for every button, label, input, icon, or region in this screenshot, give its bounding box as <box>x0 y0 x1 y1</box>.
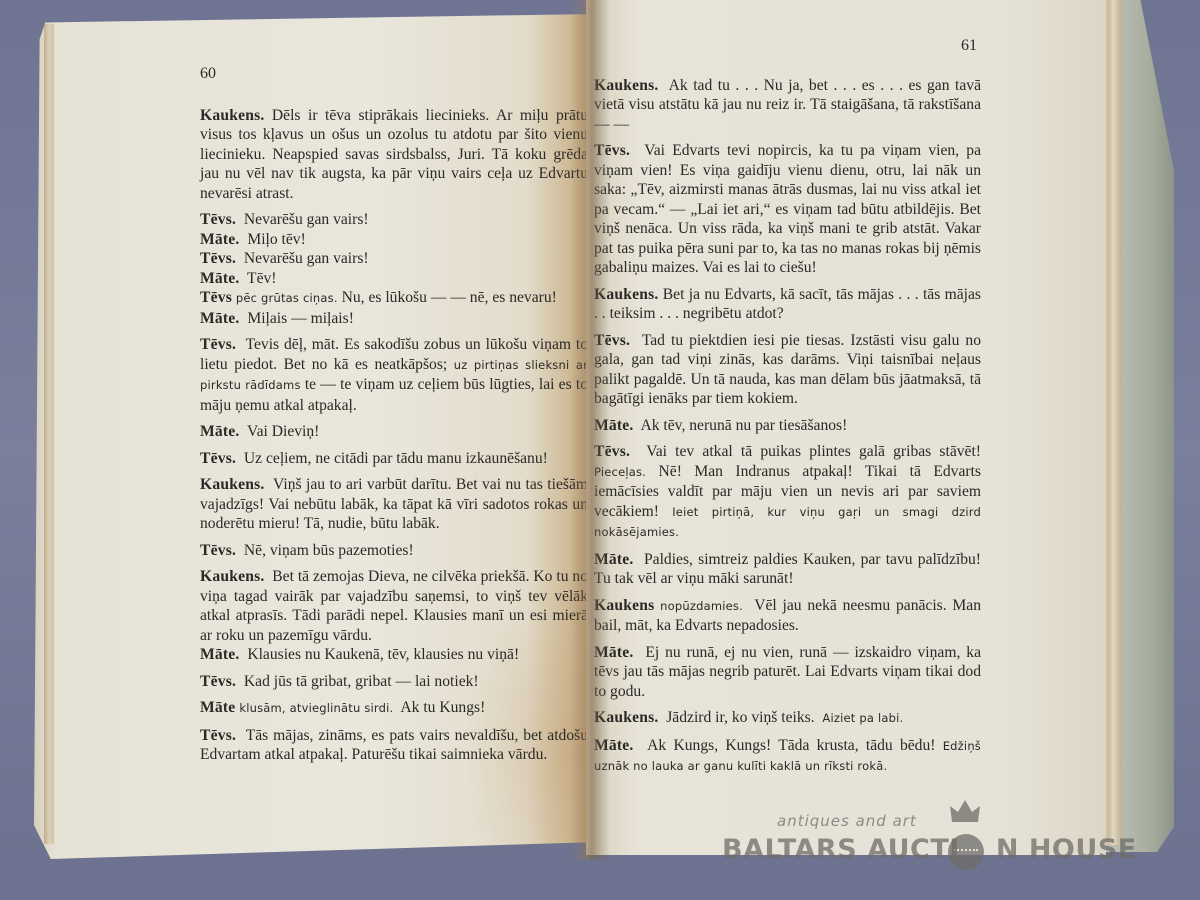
speech: Tēvs. Nē, viņam būs pazemoties! <box>200 541 588 561</box>
speech: Māte klusām, atvieglinātu sirdi. Ak tu K… <box>200 698 588 719</box>
speech: Māte. Ak Kungs, Kungs! Tāda krusta, tādu… <box>594 736 981 777</box>
speech-text: Ak Kungs, Kungs! Tāda krusta, tādu bēdu! <box>647 737 935 754</box>
speaker-name: Tēvs. <box>200 250 236 267</box>
speech: Māte. Ej nu runā, ej nu vien, runā — izs… <box>594 643 981 702</box>
stage-direction: Aiziet pa labi. <box>822 711 903 725</box>
speaker-name: Māte <box>200 699 235 716</box>
speech: Tēvs. Nevarēšu gan vairs! <box>200 249 588 269</box>
page-number: 60 <box>200 64 588 84</box>
watermark-name: BALTARS AUCTIN HOUSE <box>722 834 1137 865</box>
speech-text: Miļo tēv! <box>247 231 305 248</box>
speech: Tēvs. Uz ceļiem, ne citādi par tādu manu… <box>200 449 588 469</box>
right-page: 61 Kaukens. Ak tad tu . . . Nu ja, bet .… <box>586 0 1106 855</box>
speaker-name: Māte. <box>200 310 240 327</box>
speaker-name: Tēvs. <box>200 336 236 353</box>
speech: Kaukens. Jādzird ir, ko viņš teiks. Aizi… <box>594 708 981 729</box>
left-page-text: 60 Kaukens. Dēls ir tēva stiprākais liec… <box>200 64 588 765</box>
speaker-name: Tēvs. <box>200 727 236 744</box>
speech: Kaukens. Dēls ir tēva stiprākais liecini… <box>200 106 588 204</box>
speech: Kaukens nopūzdamies. Vēl jau nekā neesmu… <box>594 596 981 636</box>
speech-text: Kad jūs tā gribat, gribat — lai notiek! <box>244 673 479 690</box>
speech: Kaukens. Ak tad tu . . . Nu ja, bet . . … <box>594 76 981 135</box>
speech: Kaukens. Bet ja nu Edvarts, kā sacīt, tā… <box>594 285 981 324</box>
speech-text: Vai Dieviņ! <box>247 423 319 440</box>
speaker-name: Māte. <box>200 231 240 248</box>
speech-text: Klausies nu Kaukenā, tēv, klausies nu vi… <box>247 646 519 663</box>
speech-text: Miļais — miļais! <box>247 310 354 327</box>
speaker-name: Tēvs. <box>200 211 236 228</box>
speaker-name: Kaukens. <box>200 568 264 585</box>
speech-text: Tad tu piektdien iesi pie tiesas. Izstās… <box>594 332 981 408</box>
watermark-tagline: antiques and art <box>777 812 917 830</box>
speaker-name: Māte. <box>200 646 240 663</box>
speech-text: Nevarēšu gan vairs! <box>244 211 369 228</box>
speaker-name: Tēvs. <box>200 673 236 690</box>
speech-text: Tēv! <box>247 270 276 287</box>
speech: Māte. Vai Dieviņ! <box>200 422 588 442</box>
speech: Tēvs. Nevarēšu gan vairs! <box>200 210 588 230</box>
speech-text: Ak tu Kungs! <box>400 699 485 716</box>
speaker-name: Tēvs. <box>200 450 236 467</box>
speech-text: Paldies, simtreiz paldies Kauken, par ta… <box>594 551 981 588</box>
speech: Tēvs. Tad tu piektdien iesi pie tiesas. … <box>594 331 981 409</box>
speech-text: Tās mājas, zināms, es pats vairs nevaldī… <box>200 727 588 764</box>
speech-text: Nevarēšu gan vairs! <box>244 250 369 267</box>
left-page: 60 Kaukens. Dēls ir tēva stiprākais liec… <box>34 14 594 859</box>
speaker-name: Tēvs. <box>200 542 236 559</box>
speech-text: Ak tēv, nerunā nu par tiesāšanos! <box>640 417 847 434</box>
speech: Kaukens. Viņš jau to ari varbūt darītu. … <box>200 475 588 534</box>
page-number: 61 <box>594 36 981 56</box>
speech: Tēvs. Tevis dēļ, māt. Es sakodīšu zobus … <box>200 335 588 415</box>
speaker-name: Māte. <box>200 270 240 287</box>
watermark-name-part2: N HOUSE <box>996 834 1137 865</box>
speech: Kaukens. Bet tā zemojas Dieva, ne cilvēk… <box>200 567 588 645</box>
stage-direction: pēc grūtas ciņas. <box>236 291 338 305</box>
watermark: antiques and art BALTARS AUCTIN HOUSE <box>722 812 1122 872</box>
speech: Tēvs. Vai tev atkal tā puikas plintes ga… <box>594 442 981 543</box>
stage-direction: nopūzdamies. <box>660 599 743 613</box>
speaker-name: Kaukens. <box>200 107 264 124</box>
speech-text: Jādzird ir, ko viņš teiks. <box>666 709 814 726</box>
speech: Tēvs pēc grūtas ciņas. Nu, es lūkošu — —… <box>200 288 588 309</box>
speech: Tēvs. Tās mājas, zināms, es pats vairs n… <box>200 726 588 765</box>
speech-text: Vai tev atkal tā puikas plintes galā gri… <box>646 443 981 460</box>
speech-text: Vai Edvarts tevi nopircis, ka tu pa viņa… <box>594 142 981 276</box>
open-book: 60 Kaukens. Dēls ir tēva stiprākais liec… <box>0 0 1200 900</box>
stage-direction: klusām, atvieglinātu sirdi. <box>239 701 393 715</box>
speech: Māte. Klausies nu Kaukenā, tēv, klausies… <box>200 645 588 665</box>
crown-icon <box>950 800 980 822</box>
speech: Māte. Tēv! <box>200 269 588 289</box>
book-gutter <box>570 0 610 860</box>
speech-text: Nu, es lūkošu — — nē, es nevaru! <box>342 289 557 306</box>
right-page-text: 61 Kaukens. Ak tad tu . . . Nu ja, bet .… <box>594 36 981 777</box>
speech: Tēvs. Kad jūs tā gribat, gribat — lai no… <box>200 672 588 692</box>
speech: Māte. Paldies, simtreiz paldies Kauken, … <box>594 550 981 589</box>
speech: Māte. Ak tēv, nerunā nu par tiesāšanos! <box>594 416 981 436</box>
speech: Māte. Miļo tēv! <box>200 230 588 250</box>
speech: Māte. Miļais — miļais! <box>200 309 588 329</box>
speech-text: Nē, viņam būs pazemoties! <box>244 542 414 559</box>
speech: Tēvs. Vai Edvarts tevi nopircis, ka tu p… <box>594 141 981 278</box>
speaker-name: Māte. <box>200 423 240 440</box>
speaker-name: Tēvs <box>200 289 232 306</box>
speech-text: Uz ceļiem, ne citādi par tādu manu izkau… <box>244 450 548 467</box>
speaker-name: Kaukens. <box>200 476 264 493</box>
speech-text: Ej nu runā, ej nu vien, runā — izskaidro… <box>594 644 981 700</box>
watermark-name-part1: BALTARS AUCTI <box>722 834 960 865</box>
